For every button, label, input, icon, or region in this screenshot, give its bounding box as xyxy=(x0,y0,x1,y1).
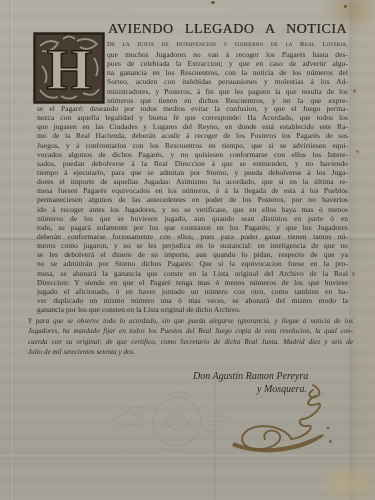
vertical-crease-right xyxy=(349,0,351,500)
text-line: mesa, se abonará la ganancia que conste … xyxy=(37,269,348,278)
text-line: meros como jugaron, y no se les perjudic… xyxy=(37,241,348,250)
text-line: sados, puedan debolverse á la Real Direc… xyxy=(37,159,348,168)
text-line: permaneciesen algunos de las antecedente… xyxy=(37,195,348,204)
text-line: mesa fuesen Pagarés equivocados en los n… xyxy=(37,186,348,195)
text-line: números de los que se huviesen jugado, a… xyxy=(37,214,348,223)
text-line: Juegos, y á confrontarlos con los Rescue… xyxy=(37,141,348,150)
ink-speck xyxy=(356,150,359,153)
text-line: jugado el aficionado, ó en haver juntado… xyxy=(37,287,348,296)
stain-bottom-right xyxy=(314,460,375,500)
certification-paragraph: Y para que se observe todo lo acordado, … xyxy=(28,316,353,357)
text-line: que jugasen en las Ciudades y Lugares de… xyxy=(37,122,348,131)
ink-speck xyxy=(344,5,347,8)
text-line: todo, se pagará solamente por los que co… xyxy=(37,223,348,232)
text-line: ministradores, y Posteros, á fin que les… xyxy=(107,87,348,96)
text-line: Jugadores, ha mandado fijar en todos los… xyxy=(28,326,353,336)
text-line: se les debolverá el dinero de su importe… xyxy=(37,250,348,259)
text-line: tiempo á ejecutarlo, para que se admitan… xyxy=(37,168,348,177)
ink-speck xyxy=(353,89,356,93)
text-line: Y para que se observe todo lo acordado, … xyxy=(28,316,353,326)
text-line: dores el importe de aquellas Jugadas: As… xyxy=(37,177,348,186)
text-line: nezca con aquella legalidad y buena fé q… xyxy=(37,113,348,122)
text-line: ganancia por los que consten en la Lista… xyxy=(37,305,348,314)
paper-right-edge xyxy=(351,0,375,500)
document-subheading: De la Junta de Intervencion y Gobierno d… xyxy=(107,39,348,50)
text-line: Julio de mil setecientos setenta y dos. xyxy=(28,347,353,357)
text-line: deberán conformarse forzosamente con ell… xyxy=(37,232,348,241)
text-line: ver duplicado un mismo número una ó mas … xyxy=(37,296,348,305)
text-line: se el Pagaré: deseando por todos medios … xyxy=(37,104,348,113)
document-heading: AVIENDO LLEGADO A NOTICIA xyxy=(108,21,347,38)
text-line: Sorteo, acuden con indebidas persuasione… xyxy=(107,77,348,86)
document-photo: H AVIENDO LLEGADO A NOTICIA De la Junta … xyxy=(0,0,375,500)
signature-rubric-flourish xyxy=(212,378,337,456)
text-line: cuerda con su original; de que certifico… xyxy=(28,337,353,347)
ink-speck xyxy=(352,272,355,276)
text-line: que muchos Jugadores no van á recoger lo… xyxy=(107,50,348,59)
text-line: pues de celebrada la Extraccion; y que e… xyxy=(107,59,348,68)
body-text-indented: que muchos Jugadores no van á recoger lo… xyxy=(107,50,348,105)
text-line: mo de la Real Hacienda, deberán acudir á… xyxy=(37,131,348,140)
drop-cap-initial: H xyxy=(33,32,105,104)
body-text-main: se el Pagaré: deseando por todos medios … xyxy=(37,104,348,314)
ink-speck xyxy=(211,1,215,4)
text-line: ido á recoger antes los Jugadores, y no … xyxy=(37,205,348,214)
text-line: vocados algunos de dichos Pagarés, y no … xyxy=(37,150,348,159)
text-line: no se admitirán por Storno dichos Pagaré… xyxy=(37,259,348,268)
text-line: na ganancia en los Rescuentros, con la n… xyxy=(107,68,348,77)
drop-cap-letter: H xyxy=(46,37,91,102)
text-line: Direccion: Y siendo en que el Pagaré ten… xyxy=(37,278,348,287)
vertical-crease-left xyxy=(9,0,12,500)
